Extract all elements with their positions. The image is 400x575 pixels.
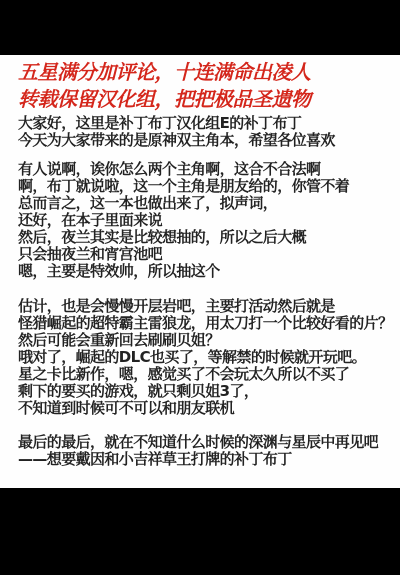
red-banner: 五星满分加评论，十连满命出凌人 转载保留汉化组，把把极品圣遗物: [18, 59, 394, 113]
banner-line-2: 转载保留汉化组，把把极品圣遗物: [18, 86, 394, 113]
note-line: 还好，在本子里面来说: [18, 212, 394, 229]
note-line: 大家好，这里是补丁布丁汉化组E的补丁布丁: [18, 115, 394, 132]
paragraph-games: 估计，也是会慢慢开层岩吧，主要打活动然后就是 怪猎崛起的超特霸主雷狼龙，用太刀打…: [18, 298, 394, 417]
note-line: 嗯，主要是特效帅，所以抽这个: [18, 263, 394, 280]
note-line: 然后，夜兰其实是比较想抽的，所以之后大概: [18, 229, 394, 246]
note-line: 然后可能会重新回去刷刷贝姐？: [18, 332, 394, 349]
paragraph-commentary: 有人说啊，诶你怎么两个主角啊，这合不合法啊 啊，布丁就说啦，这一个主角是朋友给的…: [18, 161, 394, 280]
letterbox-top: [0, 0, 400, 55]
note-line: 估计，也是会慢慢开层岩吧，主要打活动然后就是: [18, 298, 394, 315]
paragraph-farewell: 最后的最后，就在不知道什么时候的深渊与星辰中再见吧 ——想要戴因和小吉祥草王打牌…: [18, 434, 394, 468]
translator-note-page: 五星满分加评论，十连满命出凌人 转载保留汉化组，把把极品圣遗物 大家好，这里是补…: [0, 55, 400, 488]
note-line: 只会抽夜兰和宵宫池吧: [18, 246, 394, 263]
note-line: 星之卡比新作，嗯，感觉买了不会玩太久所以不买了: [18, 366, 394, 383]
note-line: 今天为大家带来的是原神双主角本，希望各位喜欢: [18, 132, 394, 149]
note-line: ——想要戴因和小吉祥草王打牌的补丁布丁: [18, 451, 394, 468]
note-line: 总而言之，这一本也做出来了，拟声词，: [18, 195, 394, 212]
note-line: 最后的最后，就在不知道什么时候的深渊与星辰中再见吧: [18, 434, 394, 451]
note-line: 有人说啊，诶你怎么两个主角啊，这合不合法啊: [18, 161, 394, 178]
letterbox-bottom: [0, 488, 400, 575]
paragraph-intro: 大家好，这里是补丁布丁汉化组E的补丁布丁 今天为大家带来的是原神双主角本，希望各…: [18, 115, 394, 149]
note-line: 不知道到时候可不可以和朋友联机: [18, 400, 394, 417]
note-line: 剩下的要买的游戏，就只剩贝姐3了，: [18, 383, 394, 400]
note-line: 怪猎崛起的超特霸主雷狼龙，用太刀打一个比较好看的片？: [18, 315, 394, 332]
note-line: 哦对了，崛起的DLC也买了，等解禁的时候就开玩吧。: [18, 349, 394, 366]
screenshot-root: 五星满分加评论，十连满命出凌人 转载保留汉化组，把把极品圣遗物 大家好，这里是补…: [0, 0, 400, 575]
banner-line-1: 五星满分加评论，十连满命出凌人: [18, 59, 394, 86]
note-line: 啊，布丁就说啦，这一个主角是朋友给的，你管不着: [18, 178, 394, 195]
